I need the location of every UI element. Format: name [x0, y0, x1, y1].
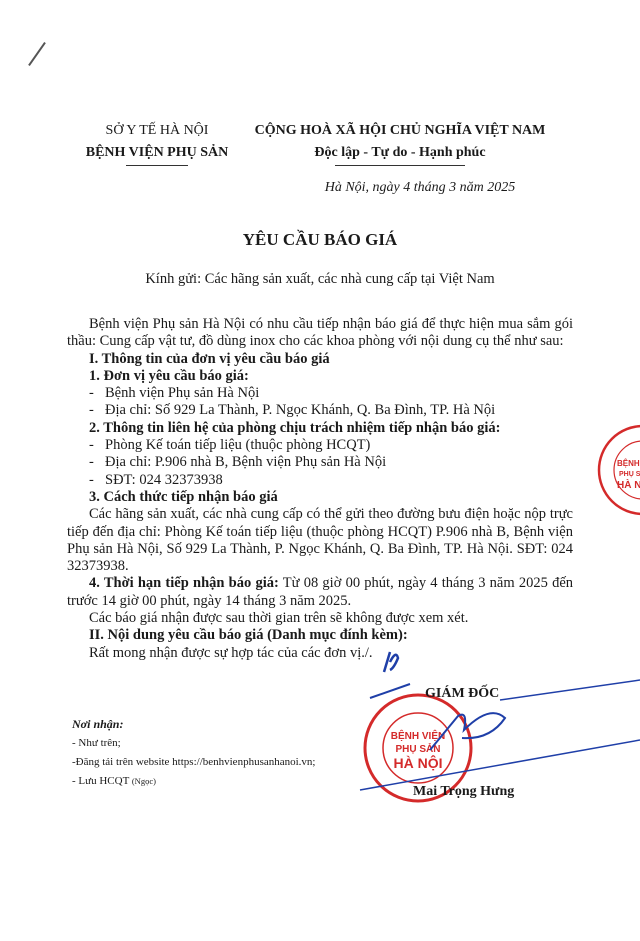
- list-item: -Phòng Kế toán tiếp liệu (thuộc phòng HC…: [67, 437, 573, 454]
- list-item: -Bệnh viện Phụ sản Hà Nội: [67, 385, 573, 402]
- closing-line: Rất mong nhận được sự hợp tác của các đơ…: [67, 645, 573, 662]
- recipients-block: Nơi nhận: - Như trên; -Đăng tải trên web…: [72, 715, 372, 791]
- svg-text:BỆNH VIỆN: BỆNH VIỆN: [617, 459, 640, 468]
- org-name: BỆNH VIỆN PHỤ SẢN: [72, 142, 242, 164]
- partial-stamp: BỆNH VIỆN PHỤ SẢN HÀ NỘI: [595, 420, 640, 520]
- recipient-item: -Đăng tải trên website https://benhvienp…: [72, 753, 372, 772]
- list-item: -SĐT: 024 32373938: [67, 472, 573, 489]
- recipient-line: Kính gửi: Các hãng sản xuất, các nhà cun…: [0, 271, 640, 288]
- signer-name: Mai Trọng Hưng: [413, 784, 514, 800]
- underline: [126, 165, 188, 166]
- item-4-paragraph: 4. Thời hạn tiếp nhận báo giá: Từ 08 giờ…: [67, 575, 573, 610]
- item-3-heading: 3. Cách thức tiếp nhận báo giá: [67, 489, 573, 506]
- recipient-item: - Lưu HCQT (Ngọc): [72, 772, 372, 791]
- issuer-header: SỞ Y TẾ HÀ NỘI BỆNH VIỆN PHỤ SẢN: [72, 120, 242, 166]
- org-parent: SỞ Y TẾ HÀ NỘI: [72, 120, 242, 142]
- underline: [335, 165, 465, 166]
- motto: Độc lập - Tự do - Hạnh phúc: [250, 142, 550, 164]
- signer-title: GIÁM ĐỐC: [425, 686, 499, 702]
- national-title: CỘNG HOÀ XÃ HỘI CHỦ NGHĨA VIỆT NAM: [250, 120, 550, 142]
- date-line: Hà Nội, ngày 4 tháng 3 năm 2025: [300, 180, 540, 196]
- svg-text:BỆNH VIỆN: BỆNH VIỆN: [391, 729, 445, 742]
- section-1-heading: I. Thông tin của đơn vị yêu cầu báo giá: [67, 351, 573, 368]
- intro-paragraph: Bệnh viện Phụ sản Hà Nội có nhu cầu tiếp…: [67, 316, 573, 351]
- list-item: -Địa chỉ: Số 929 La Thành, P. Ngọc Khánh…: [67, 402, 573, 419]
- item-1-heading: 1. Đơn vị yêu cầu báo giá:: [67, 368, 573, 385]
- svg-text:HÀ NỘI: HÀ NỘI: [617, 478, 640, 491]
- recipients-heading: Nơi nhận:: [72, 715, 372, 734]
- item-3-text: Các hãng sản xuất, các nhà cung cấp có t…: [67, 506, 573, 575]
- document-body: Bệnh viện Phụ sản Hà Nội có nhu cầu tiếp…: [67, 316, 573, 662]
- svg-text:PHỤ SẢN: PHỤ SẢN: [395, 742, 440, 755]
- item-4-note: Các báo giá nhận được sau thời gian trên…: [67, 610, 573, 627]
- svg-text:HÀ NỘI: HÀ NỘI: [394, 754, 443, 771]
- recipient-item: - Như trên;: [72, 734, 372, 753]
- item-2-heading: 2. Thông tin liên hệ của phòng chịu trác…: [67, 420, 573, 437]
- pen-mark: [28, 42, 46, 66]
- list-item: -Địa chỉ: P.906 nhà B, Bệnh viện Phụ sản…: [67, 454, 573, 471]
- section-2-heading: II. Nội dung yêu cầu báo giá (Danh mục đ…: [67, 627, 573, 644]
- national-header: CỘNG HOÀ XÃ HỘI CHỦ NGHĨA VIỆT NAM Độc l…: [250, 120, 550, 166]
- svg-text:PHỤ SẢN: PHỤ SẢN: [619, 469, 640, 478]
- document-title: YÊU CẦU BÁO GIÁ: [0, 230, 640, 250]
